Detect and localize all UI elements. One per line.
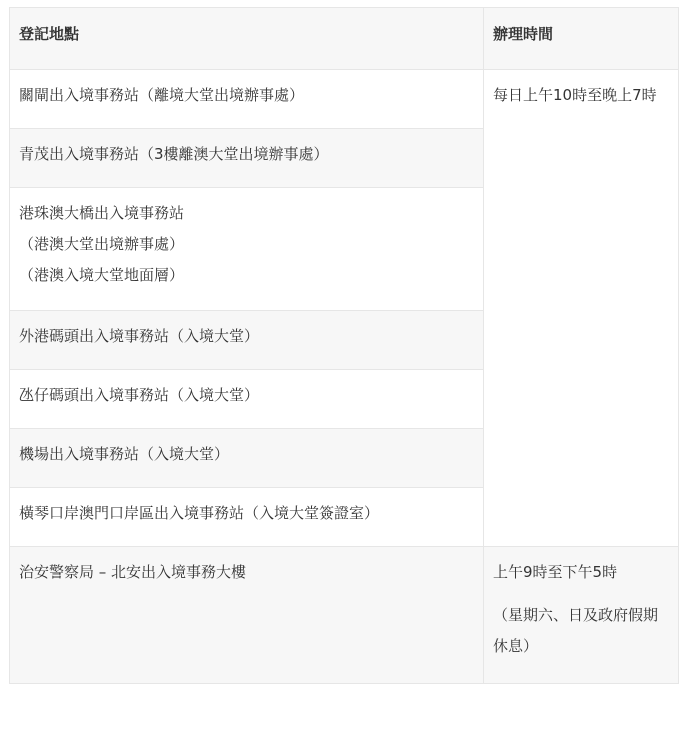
header-hours: 辦理時間 (484, 8, 679, 70)
location-cell: 氹仔碼頭出入境事務站（入境大堂） (10, 370, 484, 429)
header-location: 登記地點 (10, 8, 484, 70)
table-row: 關閘出入境事務站（離境大堂出境辦事處） 每日上午10時至晚上7時 (10, 70, 679, 129)
location-cell: 青茂出入境事務站（3樓離澳大堂出境辦事處） (10, 129, 484, 188)
location-text: 關閘出入境事務站（離境大堂出境辦事處） (19, 80, 474, 111)
location-cell: 關閘出入境事務站（離境大堂出境辦事處） (10, 70, 484, 129)
hours-cell: 每日上午10時至晚上7時 (484, 70, 679, 547)
hours-text: 上午9時至下午5時 (493, 557, 669, 588)
hours-note: （星期六、日及政府假期休息） (493, 600, 669, 662)
location-text: 機場出入境事務站（入境大堂） (19, 439, 474, 470)
registration-locations-table: 登記地點 辦理時間 關閘出入境事務站（離境大堂出境辦事處） 每日上午10時至晚上… (9, 7, 679, 684)
table-row: 治安警察局 – 北安出入境事務大樓 上午9時至下午5時 （星期六、日及政府假期休… (10, 547, 679, 684)
spacer (493, 588, 669, 600)
table-header-row: 登記地點 辦理時間 (10, 8, 679, 70)
location-text: 青茂出入境事務站（3樓離澳大堂出境辦事處） (19, 139, 474, 170)
location-text: 港珠澳大橋出入境事務站 (19, 198, 474, 229)
location-text: 橫琴口岸澳門口岸區出入境事務站（入境大堂簽證室） (19, 498, 474, 529)
location-cell: 機場出入境事務站（入境大堂） (10, 429, 484, 488)
registration-locations-table-wrapper: 登記地點 辦理時間 關閘出入境事務站（離境大堂出境辦事處） 每日上午10時至晚上… (9, 7, 679, 684)
hours-cell: 上午9時至下午5時 （星期六、日及政府假期休息） (484, 547, 679, 684)
location-cell: 橫琴口岸澳門口岸區出入境事務站（入境大堂簽證室） (10, 488, 484, 547)
location-cell: 港珠澳大橋出入境事務站 （港澳大堂出境辦事處） （港澳入境大堂地面層） (10, 188, 484, 311)
location-text: 外港碼頭出入境事務站（入境大堂） (19, 321, 474, 352)
location-subtext: （港澳大堂出境辦事處） (19, 229, 474, 260)
location-text: 治安警察局 – 北安出入境事務大樓 (19, 557, 474, 588)
location-text: 氹仔碼頭出入境事務站（入境大堂） (19, 380, 474, 411)
location-cell: 治安警察局 – 北安出入境事務大樓 (10, 547, 484, 684)
location-cell: 外港碼頭出入境事務站（入境大堂） (10, 311, 484, 370)
hours-text: 每日上午10時至晚上7時 (493, 86, 657, 104)
location-subtext: （港澳入境大堂地面層） (19, 260, 474, 291)
